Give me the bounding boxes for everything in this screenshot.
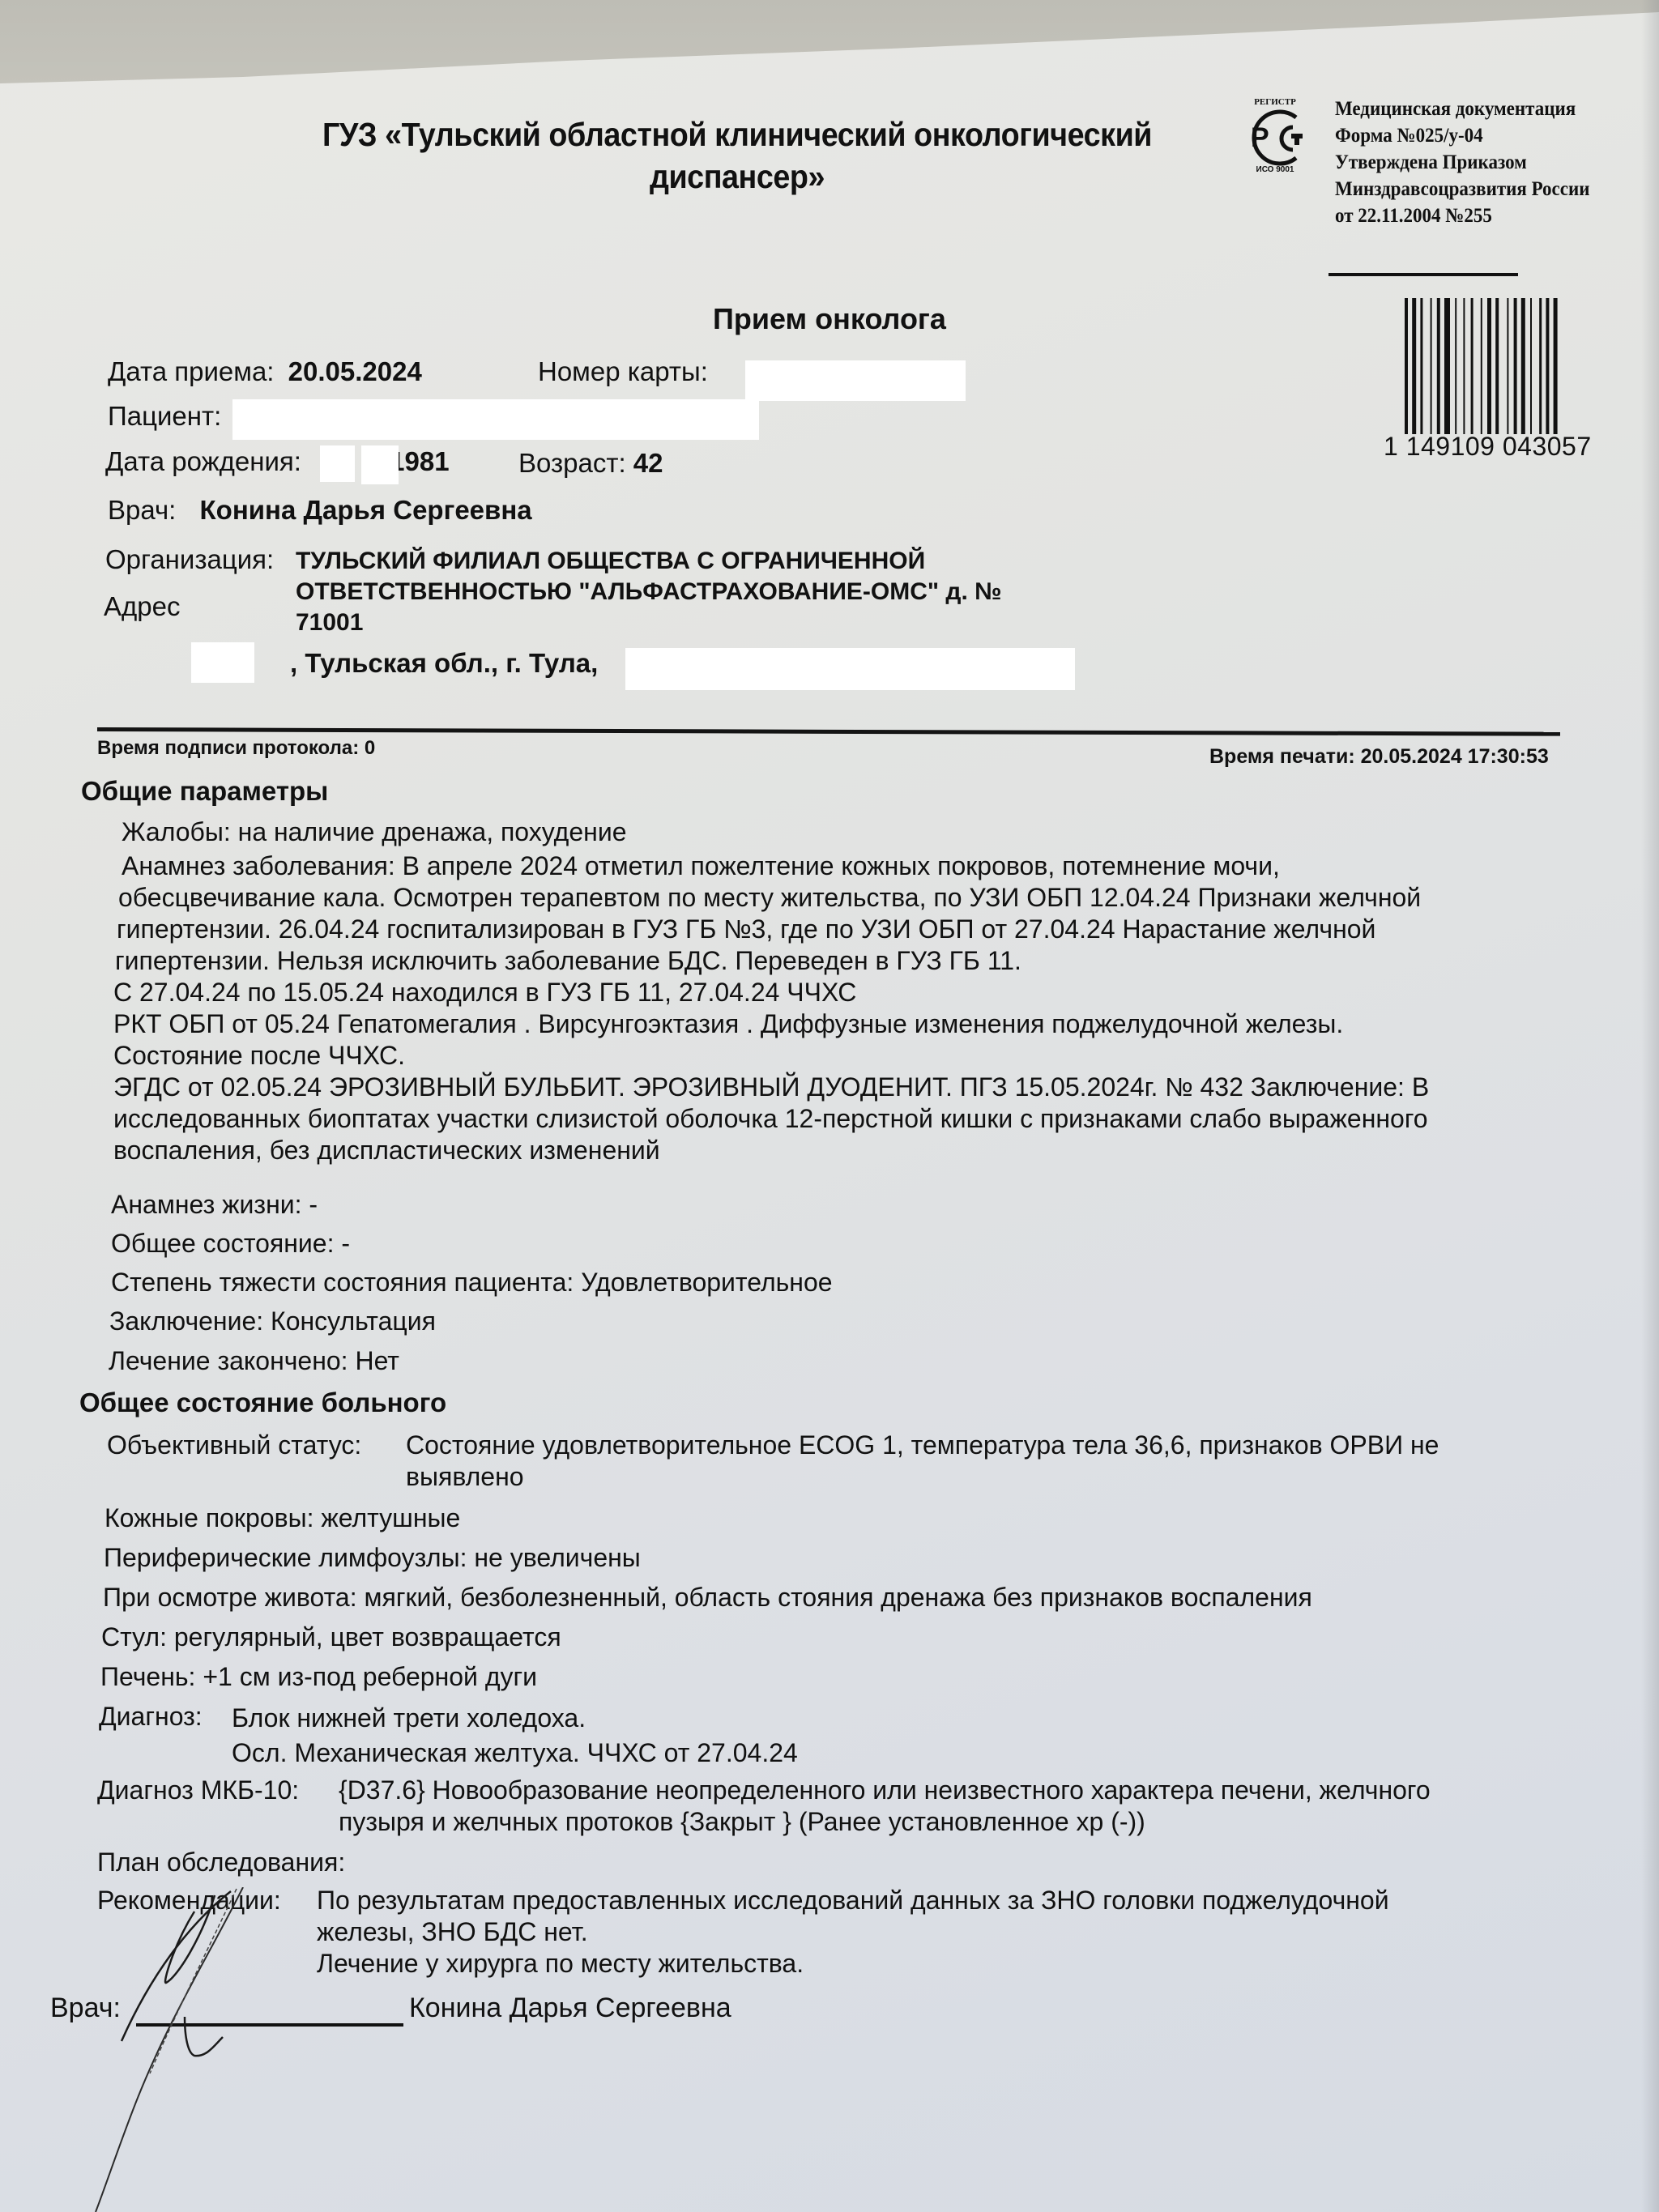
card-number-label: Номер карты: [538, 356, 708, 386]
print-time: Время печати: 20.05.2024 17:30:53 [1209, 745, 1549, 769]
doctor-row: Врач: Конина Дарья Сергеевна [108, 495, 532, 526]
organization-line: ОТВЕТСТВЕННОСТЬЮ "АЛЬФАСТРАХОВАНИЕ-ОМС" … [296, 577, 1002, 607]
diagnosis-value: Блок нижней трети холедоха. Осл. Механич… [232, 1701, 798, 1771]
signature-line [136, 2023, 403, 2027]
exam-plan: План обследования: [97, 1847, 345, 1878]
redacted-birth-month [361, 445, 399, 484]
anamnesis-line: гипертензии. 26.04.24 госпитализирован в… [117, 914, 1429, 945]
diagnosis-line: Блок нижней трети холедоха. [232, 1701, 798, 1736]
liver: Печень: +1 см из-под реберной дуги [100, 1661, 537, 1693]
lymph-nodes: Периферические лимфоузлы: не увеличены [104, 1542, 641, 1574]
patient-label: Пациент: [108, 401, 221, 431]
anamnesis-line: гипертензии. Нельзя исключить заболевани… [115, 945, 1429, 977]
page-edge-shadow [1641, 0, 1659, 2212]
recommendation-line: Лечение у хирурга по месту жительства. [317, 1948, 1389, 1980]
recommendations-value: По результатам предоставленных исследова… [317, 1885, 1389, 1980]
section-general-params: Общие параметры [81, 776, 328, 807]
birth-date-label: Дата рождения: [105, 446, 301, 476]
form-info-block: Медицинская документация Форма №025/у-04… [1335, 96, 1589, 229]
svg-text:Р: Р [1251, 122, 1269, 153]
redacted-patient-name [232, 399, 759, 440]
institution-name-line2: диспансер» [283, 156, 1192, 198]
icd-value: {D37.6} Новообразование неопределенного … [339, 1775, 1431, 1838]
objective-status-value: Состояние удовлетворительное ECOG 1, тем… [406, 1430, 1439, 1493]
skin: Кожные покровы: желтушные [104, 1502, 460, 1534]
severity: Степень тяжести состояния пациента: Удов… [111, 1267, 833, 1298]
visit-date-row: Дата приема: 20.05.2024 [108, 356, 422, 387]
address-value: , Тульская обл., г. Тула, [290, 648, 598, 679]
icd-label: Диагноз МКБ-10: [97, 1775, 299, 1806]
form-info-line: от 22.11.2004 №255 [1335, 202, 1589, 229]
age-row: Возраст: 42 [518, 448, 663, 479]
general-condition: Общее состояние: - [111, 1228, 350, 1259]
institution-name-line1: ГУЗ «Тульский областной клинический онко… [283, 113, 1192, 156]
redacted-card-number [745, 360, 966, 401]
anamnesis-line: исследованных биоптатах участки слизисто… [113, 1103, 1429, 1135]
anamnesis-line: Состояние после ЧЧХС. [113, 1040, 1429, 1072]
age-label: Возраст: [518, 448, 626, 478]
organization-line: ТУЛЬСКИЙ ФИЛИАЛ ОБЩЕСТВА С ОГРАНИЧЕННОЙ [296, 546, 1002, 577]
patient-row: Пациент: [108, 401, 221, 432]
anamnesis-line: С 27.04.24 по 15.05.24 находился в ГУЗ Г… [113, 977, 1429, 1008]
stool: Стул: регулярный, цвет возвращается [101, 1622, 561, 1653]
signature-label: Врач: [50, 1993, 121, 2024]
gost-certification-icon: РЕГИСТР Р ИСО 9001 [1239, 93, 1311, 174]
institution-name: ГУЗ «Тульский областной клинический онко… [283, 113, 1192, 198]
redacted-birth-day [320, 445, 355, 482]
doctor-label: Врач: [108, 495, 176, 525]
card-number-row: Номер карты: [538, 356, 708, 387]
redacted-street-address [625, 648, 1075, 690]
anamnesis-line: обесцвечивание кала. Осмотрен терапевтом… [118, 882, 1429, 914]
conclusion: Заключение: Консультация [109, 1306, 436, 1337]
disease-anamnesis: Анамнез заболевания: В апреле 2024 отмет… [122, 850, 1429, 1166]
form-info-line: Форма №025/у-04 [1335, 122, 1589, 149]
organization-line: 71001 [296, 607, 1002, 638]
treatment-finished: Лечение закончено: Нет [109, 1345, 399, 1377]
objective-line: выявлено [406, 1461, 1439, 1493]
form-info-line: Утверждена Приказом [1335, 149, 1589, 176]
recommendation-line: железы, ЗНО БДС нет. [317, 1916, 1389, 1948]
organization-label: Организация: [105, 544, 274, 575]
abdomen-exam: При осмотре живота: мягкий, безболезненн… [103, 1582, 1312, 1613]
form-info-line: Минздравсоцразвития России [1335, 176, 1589, 202]
visit-date-value: 20.05.2024 [288, 356, 422, 386]
objective-line: Состояние удовлетворительное ECOG 1, тем… [406, 1430, 1439, 1461]
anamnesis-line: ЭГДС от 02.05.24 ЭРОЗИВНЫЙ БУЛЬБИТ. ЭРОЗ… [113, 1072, 1429, 1103]
anamnesis-line: воспаления, без диспластических изменени… [113, 1135, 1429, 1166]
svg-text:РЕГИСТР: РЕГИСТР [1254, 97, 1296, 107]
section-patient-state: Общее состояние больного [79, 1387, 446, 1418]
recommendations-label: Рекомендации: [97, 1885, 281, 1916]
signature-doctor-name: Конина Дарья Сергеевна [409, 1993, 731, 2024]
age-value: 42 [633, 448, 663, 478]
form-info-line: Медицинская документация [1335, 96, 1589, 122]
icd-line: пузыря и желчных протоков {Закрыт } (Ран… [339, 1806, 1431, 1838]
objective-status-label: Объективный статус: [107, 1430, 361, 1461]
diagnosis-line: Осл. Механическая желтуха. ЧЧХС от 27.04… [232, 1736, 798, 1771]
barcode [1400, 292, 1604, 450]
address-label: Адрес [104, 591, 180, 622]
doctor-value: Конина Дарья Сергеевна [200, 495, 532, 525]
barcode-number: 1 149109 043057 [1384, 432, 1592, 462]
complaints: Жалобы: на наличие дренажа, похудение [122, 816, 626, 848]
icd-line: {D37.6} Новообразование неопределенного … [339, 1775, 1431, 1806]
redacted-postal-code [191, 642, 254, 683]
anamnesis-line: РКТ ОБП от 05.24 Гепатомегалия . Вирсунг… [113, 1008, 1429, 1040]
signature-time: Время подписи протокола: 0 [97, 737, 375, 760]
diagnosis-label: Диагноз: [99, 1701, 203, 1733]
visit-date-label: Дата приема: [108, 356, 274, 386]
anamnesis-line: Анамнез заболевания: В апреле 2024 отмет… [122, 850, 1429, 882]
organization-value: ТУЛЬСКИЙ ФИЛИАЛ ОБЩЕСТВА С ОГРАНИЧЕННОЙ … [296, 546, 1002, 638]
document-title: Прием онколога [713, 302, 946, 336]
birth-year-value: 1981 [390, 446, 449, 476]
form-info-divider [1328, 273, 1518, 276]
svg-text:ИСО 9001: ИСО 9001 [1256, 165, 1294, 174]
life-anamnesis: Анамнез жизни: - [111, 1189, 318, 1221]
recommendation-line: По результатам предоставленных исследова… [317, 1885, 1389, 1916]
